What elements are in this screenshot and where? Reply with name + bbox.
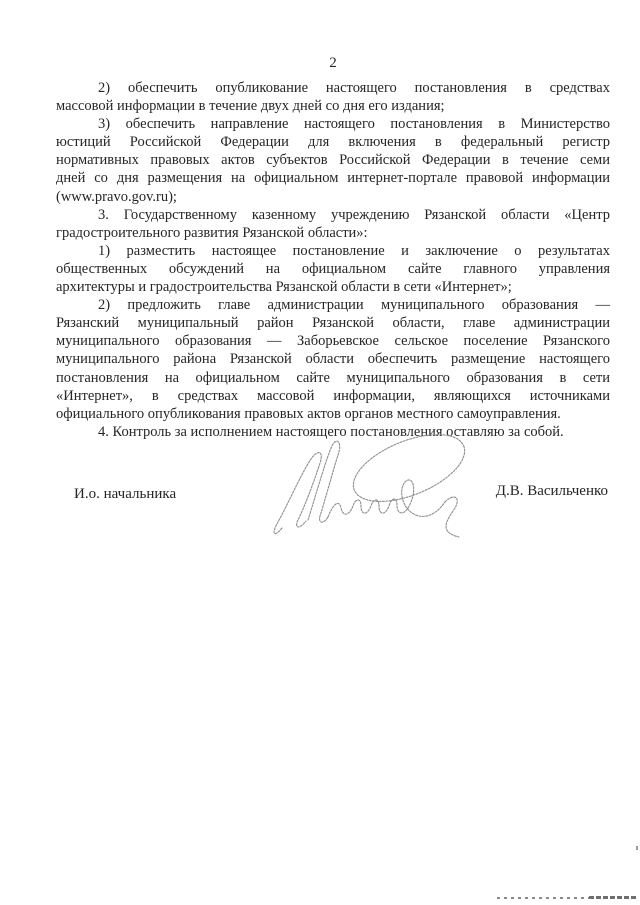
- text-line: градостроительного развития Рязанской об…: [56, 224, 610, 242]
- text-line: постановления на официальном сайте муниц…: [56, 369, 610, 387]
- paragraph-item-3-ministry: 3) обеспечить направление настоящего пос…: [56, 115, 610, 205]
- signatory-position-label: И.о. начальника: [74, 486, 176, 503]
- text-line: 2) обеспечить опубликование настоящего п…: [56, 79, 610, 97]
- text-line: официального опубликования правовых акто…: [56, 405, 610, 423]
- scan-artifact-dashed-line: [497, 897, 589, 899]
- text-line: 3) обеспечить направление настоящего пос…: [56, 115, 610, 133]
- text-line: архитектуры и градостроительства Рязанск…: [56, 278, 610, 296]
- scan-artifact-speck: [636, 846, 638, 850]
- scan-artifact-dashed-line-dense: [589, 896, 638, 899]
- text-line: муниципального образования — Заборьевско…: [56, 332, 610, 350]
- text-line: дней со дня размещения на официальном ин…: [56, 169, 610, 187]
- text-line: «Интернет», в средствах массовой информа…: [56, 387, 610, 405]
- text-line: юстиций Российской Федерации для включен…: [56, 133, 610, 151]
- document-page: 2 2) обеспечить опубликование настоящего…: [0, 0, 640, 905]
- text-line: муниципального района Рязанской области …: [56, 350, 610, 368]
- document-body: 2) обеспечить опубликование настоящего п…: [56, 79, 610, 441]
- paragraph-item-2-publication: 2) обеспечить опубликование настоящего п…: [56, 79, 610, 115]
- paragraph-sub-2-propose: 2) предложить главе администрации муници…: [56, 296, 610, 423]
- text-line: Рязанский муниципальный район Рязанской …: [56, 314, 610, 332]
- handwritten-signature-icon: [268, 424, 480, 550]
- text-line: нормативных правовых актов субъектов Рос…: [56, 151, 610, 169]
- paragraph-point-3-institution: 3. Государственному казенному учреждению…: [56, 206, 610, 242]
- text-line: (www.pravo.gov.ru);: [56, 188, 610, 206]
- text-line: 2) предложить главе администрации муници…: [56, 296, 610, 314]
- text-line: 1) разместить настоящее постановление и …: [56, 242, 610, 260]
- paragraph-sub-1-place: 1) разместить настоящее постановление и …: [56, 242, 610, 296]
- text-line: массовой информации в течение двух дней …: [56, 97, 610, 115]
- signatory-name: Д.В. Васильченко: [496, 483, 608, 500]
- text-line: 3. Государственному казенному учреждению…: [56, 206, 610, 224]
- page-number: 2: [56, 54, 610, 72]
- text-line: общественных обсуждений на официальном с…: [56, 260, 610, 278]
